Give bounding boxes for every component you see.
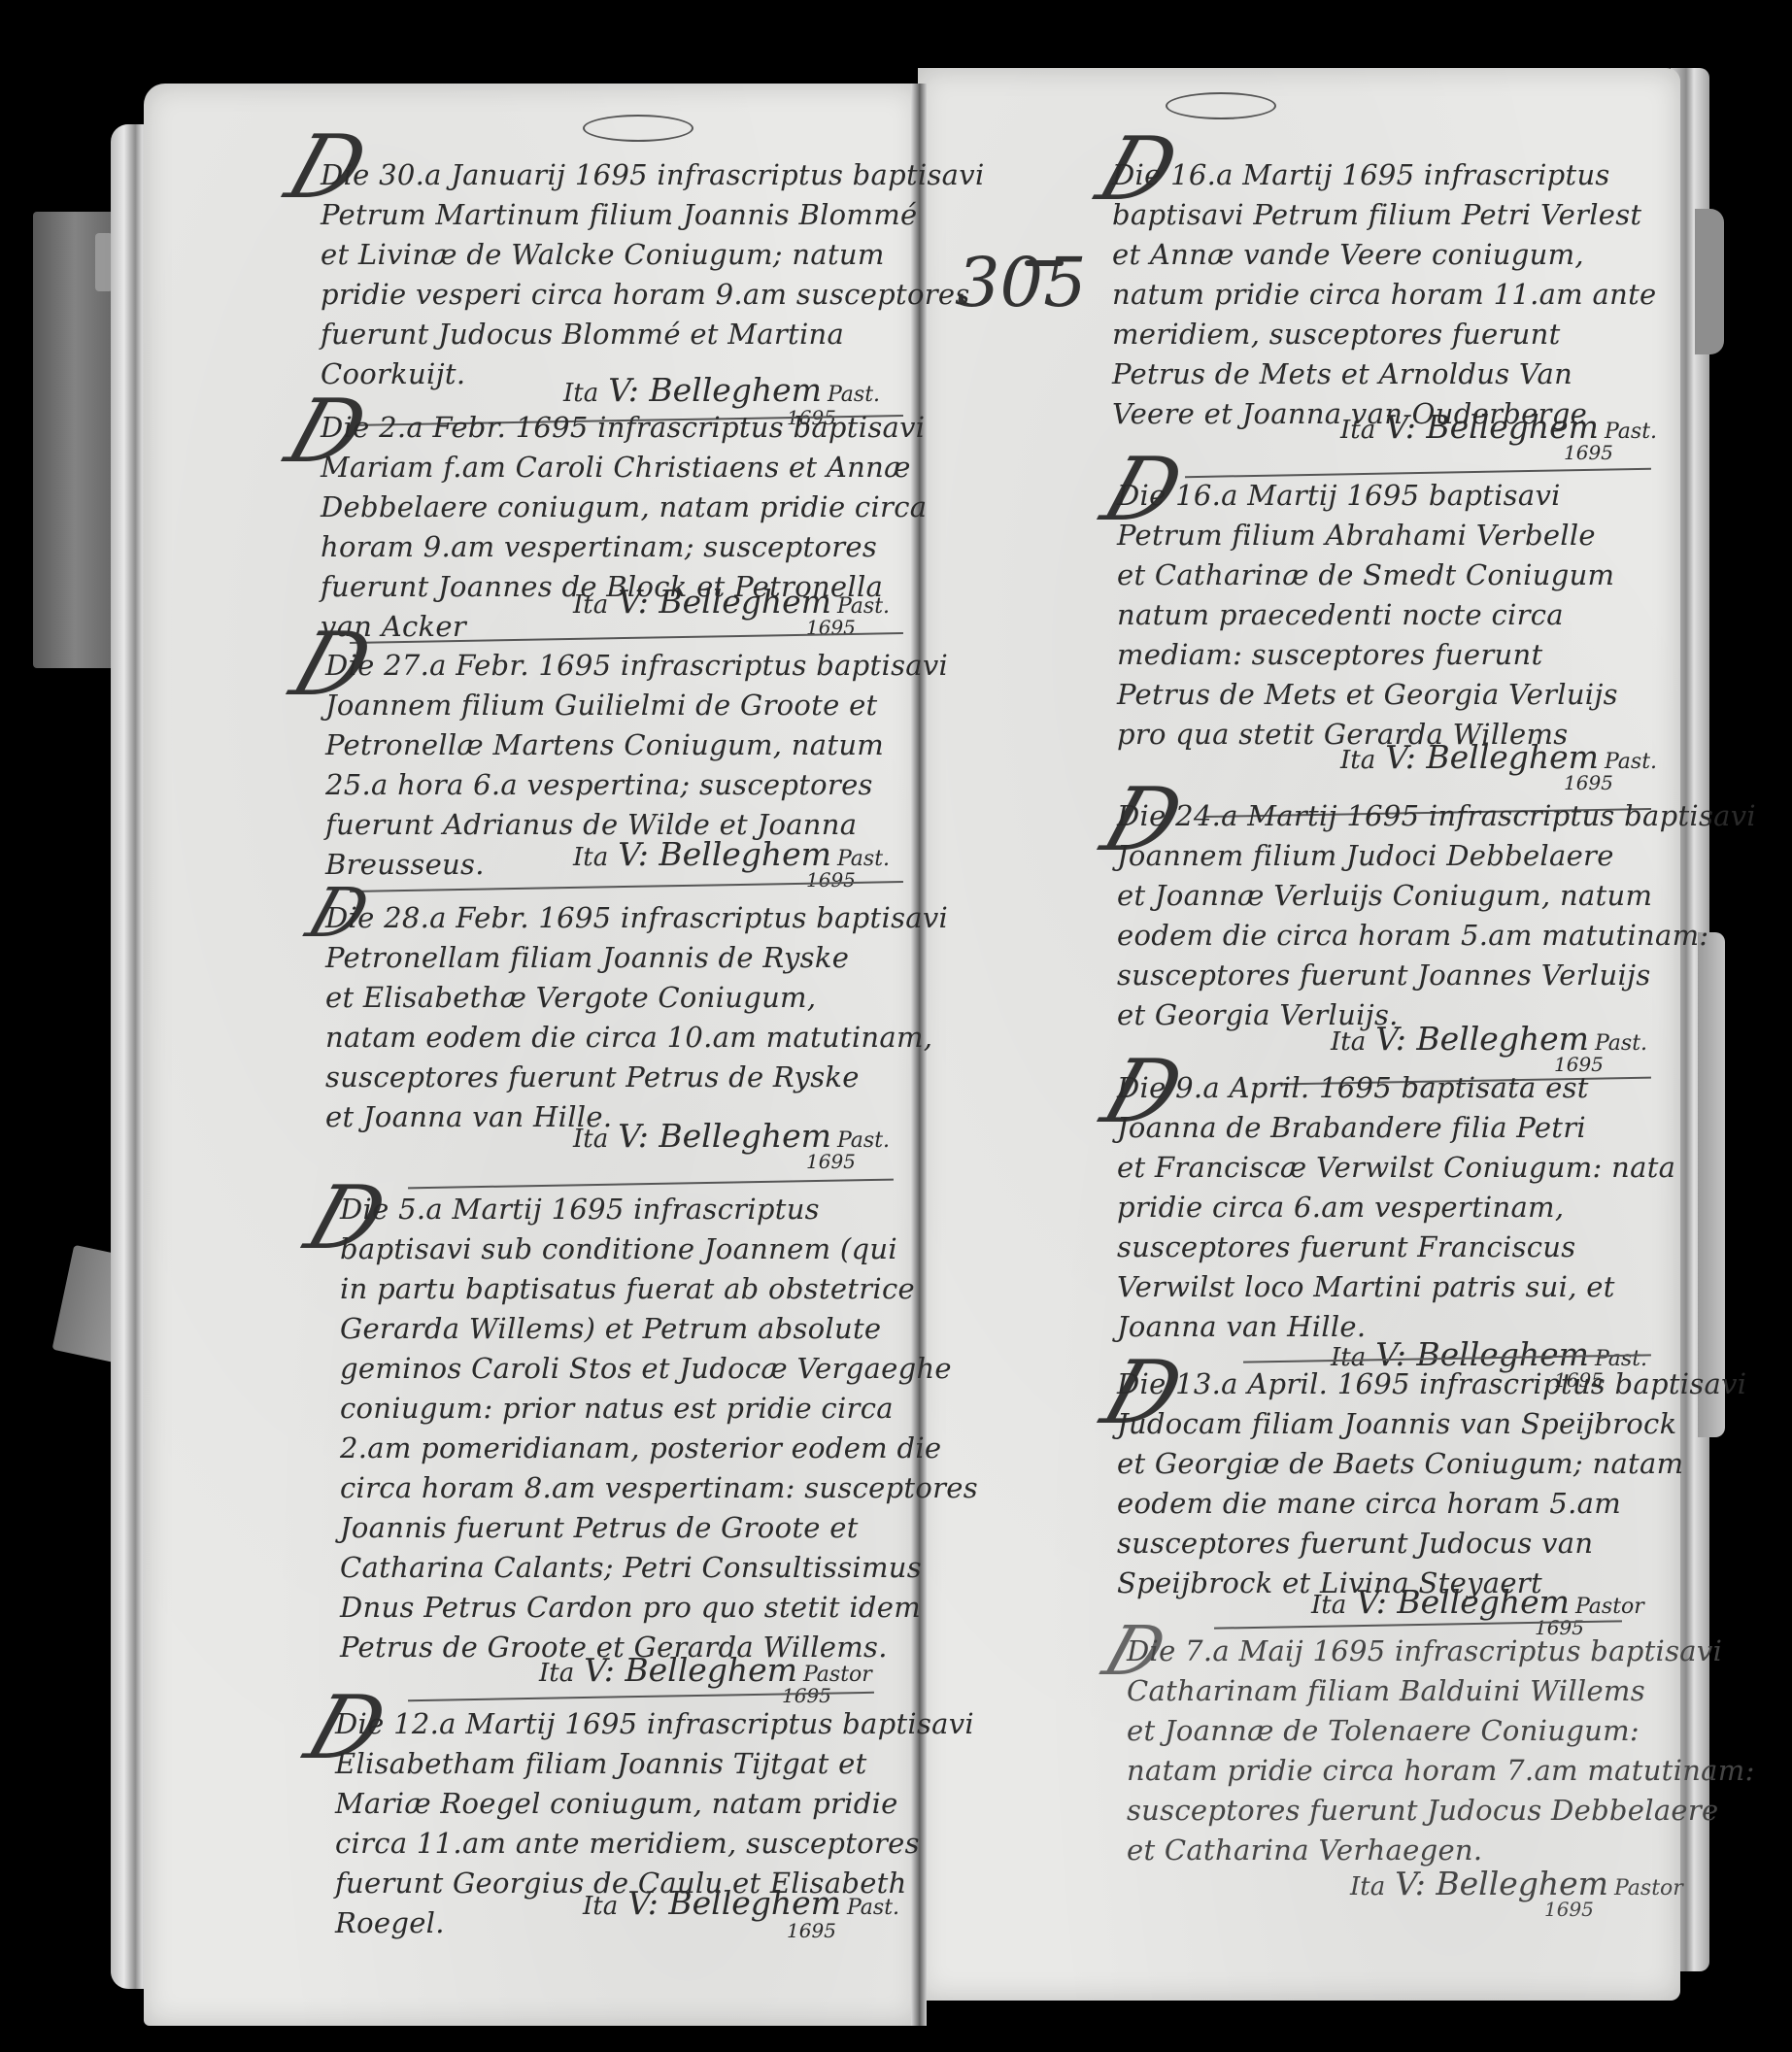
entry-line: natum pridie circa horam 11.am ante <box>1112 275 1656 315</box>
entry-line: et Joannæ Verluijs Coniugum, natum <box>1117 876 1756 916</box>
entry-line: Joanna de Brabandere filia Petri <box>1117 1108 1675 1148</box>
entry-line: circa horam 8.am vespertinam: susceptore… <box>340 1468 978 1508</box>
entry-line: pridie circa 6.am vespertinam, <box>1117 1188 1675 1228</box>
pastor-signature: ItaV: BelleghemPast. 1695 <box>1331 1020 1647 1058</box>
pastor-signature: ItaV: BelleghemPastor 1695 <box>539 1651 872 1689</box>
entry-line: Die 16.a Martij 1695 infrascriptus <box>1112 155 1656 195</box>
entry-line: et Joannæ de Tolenaere Coniugum: <box>1127 1711 1755 1751</box>
entry-line: Petronellam filiam Joannis de Ryske <box>325 938 948 978</box>
entry-line: Mariæ Roegel coniugum, natam pridie <box>335 1784 974 1824</box>
entry-line: Petrum Martinum filium Joannis Blommé <box>321 195 985 235</box>
pastor-signature: ItaV: BelleghemPastor 1695 <box>1350 1865 1683 1902</box>
pastor-signature: ItaV: BelleghemPastor 1695 <box>1311 1583 1644 1621</box>
pastor-signature: ItaV: BelleghemPast. 1695 <box>573 835 890 873</box>
pastor-signature: ItaV: BelleghemPast. 1695 <box>1340 408 1657 446</box>
baptism-entry: Die 9.a April. 1695 baptisata est Joanna… <box>1117 1068 1675 1347</box>
entry-line: susceptores fuerunt Petrus de Ryske <box>325 1058 948 1097</box>
baptism-entry: Die 5.a Martij 1695 infrascriptus baptis… <box>340 1190 978 1667</box>
pastor-signature: ItaV: BelleghemPast. 1695 <box>563 371 880 409</box>
pastor-signature: ItaV: BelleghemPast. 1695 <box>573 1117 890 1155</box>
entry-line: Die 12.a Martij 1695 infrascriptus bapti… <box>335 1704 974 1744</box>
entry-line: et Elisabethæ Vergote Coniugum, <box>325 978 948 1018</box>
entry-line: Dnus Petrus Cardon pro quo stetit idem <box>340 1588 978 1628</box>
entry-line: Die 24.a Martij 1695 infrascriptus bapti… <box>1117 796 1756 836</box>
baptism-entry: Die 16.a Martij 1695 infrascriptus bapti… <box>1112 155 1656 434</box>
entry-line: Die 28.a Febr. 1695 infrascriptus baptis… <box>325 898 948 938</box>
entry-line: Die 30.a Januarij 1695 infrascriptus bap… <box>321 155 985 195</box>
entry-line: Elisabetham filiam Joannis Tijtgat et <box>335 1744 974 1784</box>
baptism-entry: Die 30.a Januarij 1695 infrascriptus bap… <box>321 155 985 394</box>
entry-line: et Annæ vande Veere coniugum, <box>1112 235 1656 275</box>
entry-line: Catharinam filiam Balduini Willems <box>1127 1671 1755 1711</box>
entry-line: circa 11.am ante meridiem, susceptores <box>335 1824 974 1864</box>
entry-line: baptisavi sub conditione Joannem (qui <box>340 1229 978 1269</box>
entry-line: eodem die circa horam 5.am matutinam: <box>1117 916 1756 956</box>
entry-line: Joannem filium Guilielmi de Groote et <box>325 686 948 725</box>
entry-line: Die 9.a April. 1695 baptisata est <box>1117 1068 1675 1108</box>
entry-line: meridiem, susceptores fuerunt <box>1112 315 1656 354</box>
binding-flap-right <box>1695 209 1724 354</box>
entry-line: Die 13.a April. 1695 infrascriptus bapti… <box>1117 1364 1746 1404</box>
entry-line: Petrus de Mets et Georgia Verluijs <box>1117 675 1618 715</box>
entry-line: 25.a hora 6.a vespertina; susceptores <box>325 765 948 805</box>
entry-line: Die 7.a Maij 1695 infrascriptus baptisav… <box>1127 1632 1755 1671</box>
entry-line: Catharina Calants; Petri Consultissimus <box>340 1548 978 1588</box>
entry-line: in partu baptisatus fuerat ab obstetrice <box>340 1269 978 1309</box>
entry-line: 2.am pomeridianam, posterior eodem die <box>340 1429 978 1468</box>
pastor-signature: ItaV: BelleghemPast. 1695 <box>573 583 890 621</box>
baptism-entry: Die 13.a April. 1695 infrascriptus bapti… <box>1117 1364 1746 1603</box>
entry-line: fuerunt Judocus Blommé et Martina <box>321 315 985 354</box>
entry-line: et Georgiæ de Baets Coniugum; natam <box>1117 1444 1746 1484</box>
entry-line: Die 27.a Febr. 1695 infrascriptus baptis… <box>325 646 948 686</box>
entry-line: horam 9.am vespertinam; susceptores <box>321 527 927 567</box>
entry-line: et Franciscæ Verwilst Coniugum: nata <box>1117 1148 1675 1188</box>
entry-line: susceptores fuerunt Franciscus <box>1117 1228 1675 1267</box>
pastor-signature: ItaV: BelleghemPast. 1695 <box>1340 738 1657 776</box>
entry-line: Verwilst loco Martini patris sui, et <box>1117 1267 1675 1307</box>
entry-line: mediam: susceptores fuerunt <box>1117 635 1618 675</box>
folio-dash <box>1025 260 1064 266</box>
entry-line: susceptores fuerunt Judocus van <box>1117 1524 1746 1564</box>
entry-line: baptisavi Petrum filium Petri Verlest <box>1112 195 1656 235</box>
entry-line: susceptores fuerunt Judocus Debbelaere <box>1127 1791 1755 1831</box>
entry-line: susceptores fuerunt Joannes Verluijs <box>1117 956 1756 995</box>
entry-line: natam pridie circa horam 7.am matutinam: <box>1127 1751 1755 1791</box>
entry-line: Debbelaere coniugum, natam pridie circa <box>321 488 927 527</box>
entry-line: Mariam f.am Caroli Christiaens et Annæ <box>321 448 927 488</box>
baptism-entry: Die 28.a Febr. 1695 infrascriptus baptis… <box>325 898 948 1137</box>
entry-line: Petrus de Mets et Arnoldus Van <box>1112 354 1656 394</box>
entry-line: eodem die mane circa horam 5.am <box>1117 1484 1746 1524</box>
entry-line: Joannem filium Judoci Debbelaere <box>1117 836 1756 876</box>
header-flourish <box>1166 92 1276 119</box>
baptism-entry: Die 16.a Martij 1695 baptisavi Petrum fi… <box>1117 476 1618 755</box>
entry-line: Joannis fuerunt Petrus de Groote et <box>340 1508 978 1548</box>
entry-line: pridie vesperi circa horam 9.am suscepto… <box>321 275 985 315</box>
entry-line: geminos Caroli Stos et Judocæ Vergaeghe <box>340 1349 978 1389</box>
pastor-signature: ItaV: BelleghemPast. 1695 <box>583 1884 899 1922</box>
entry-line: Petrum filium Abrahami Verbelle <box>1117 516 1618 555</box>
entry-line: Die 16.a Martij 1695 baptisavi <box>1117 476 1618 516</box>
entry-line: Petronellæ Martens Coniugum, natum <box>325 725 948 765</box>
entry-line: et Catharinæ de Smedt Coniugum <box>1117 555 1618 595</box>
entry-line: Judocam filiam Joannis van Speijbrock <box>1117 1404 1746 1444</box>
header-flourish <box>583 115 693 142</box>
entry-line: natam eodem die circa 10.am matutinam, <box>325 1018 948 1058</box>
entry-line: Gerarda Willems) et Petrum absolute <box>340 1309 978 1349</box>
entry-line: Die 2.a Febr. 1695 infrascriptus baptisa… <box>321 408 927 448</box>
baptism-entry: Die 7.a Maij 1695 infrascriptus baptisav… <box>1127 1632 1755 1870</box>
entry-line: coniugum: prior natus est pridie circa <box>340 1389 978 1429</box>
entry-line: natum praecedenti nocte circa <box>1117 595 1618 635</box>
baptism-entry: Die 24.a Martij 1695 infrascriptus bapti… <box>1117 796 1756 1035</box>
entry-line: et Livinæ de Walcke Coniugum; natum <box>321 235 985 275</box>
entry-line: Die 5.a Martij 1695 infrascriptus <box>340 1190 978 1229</box>
